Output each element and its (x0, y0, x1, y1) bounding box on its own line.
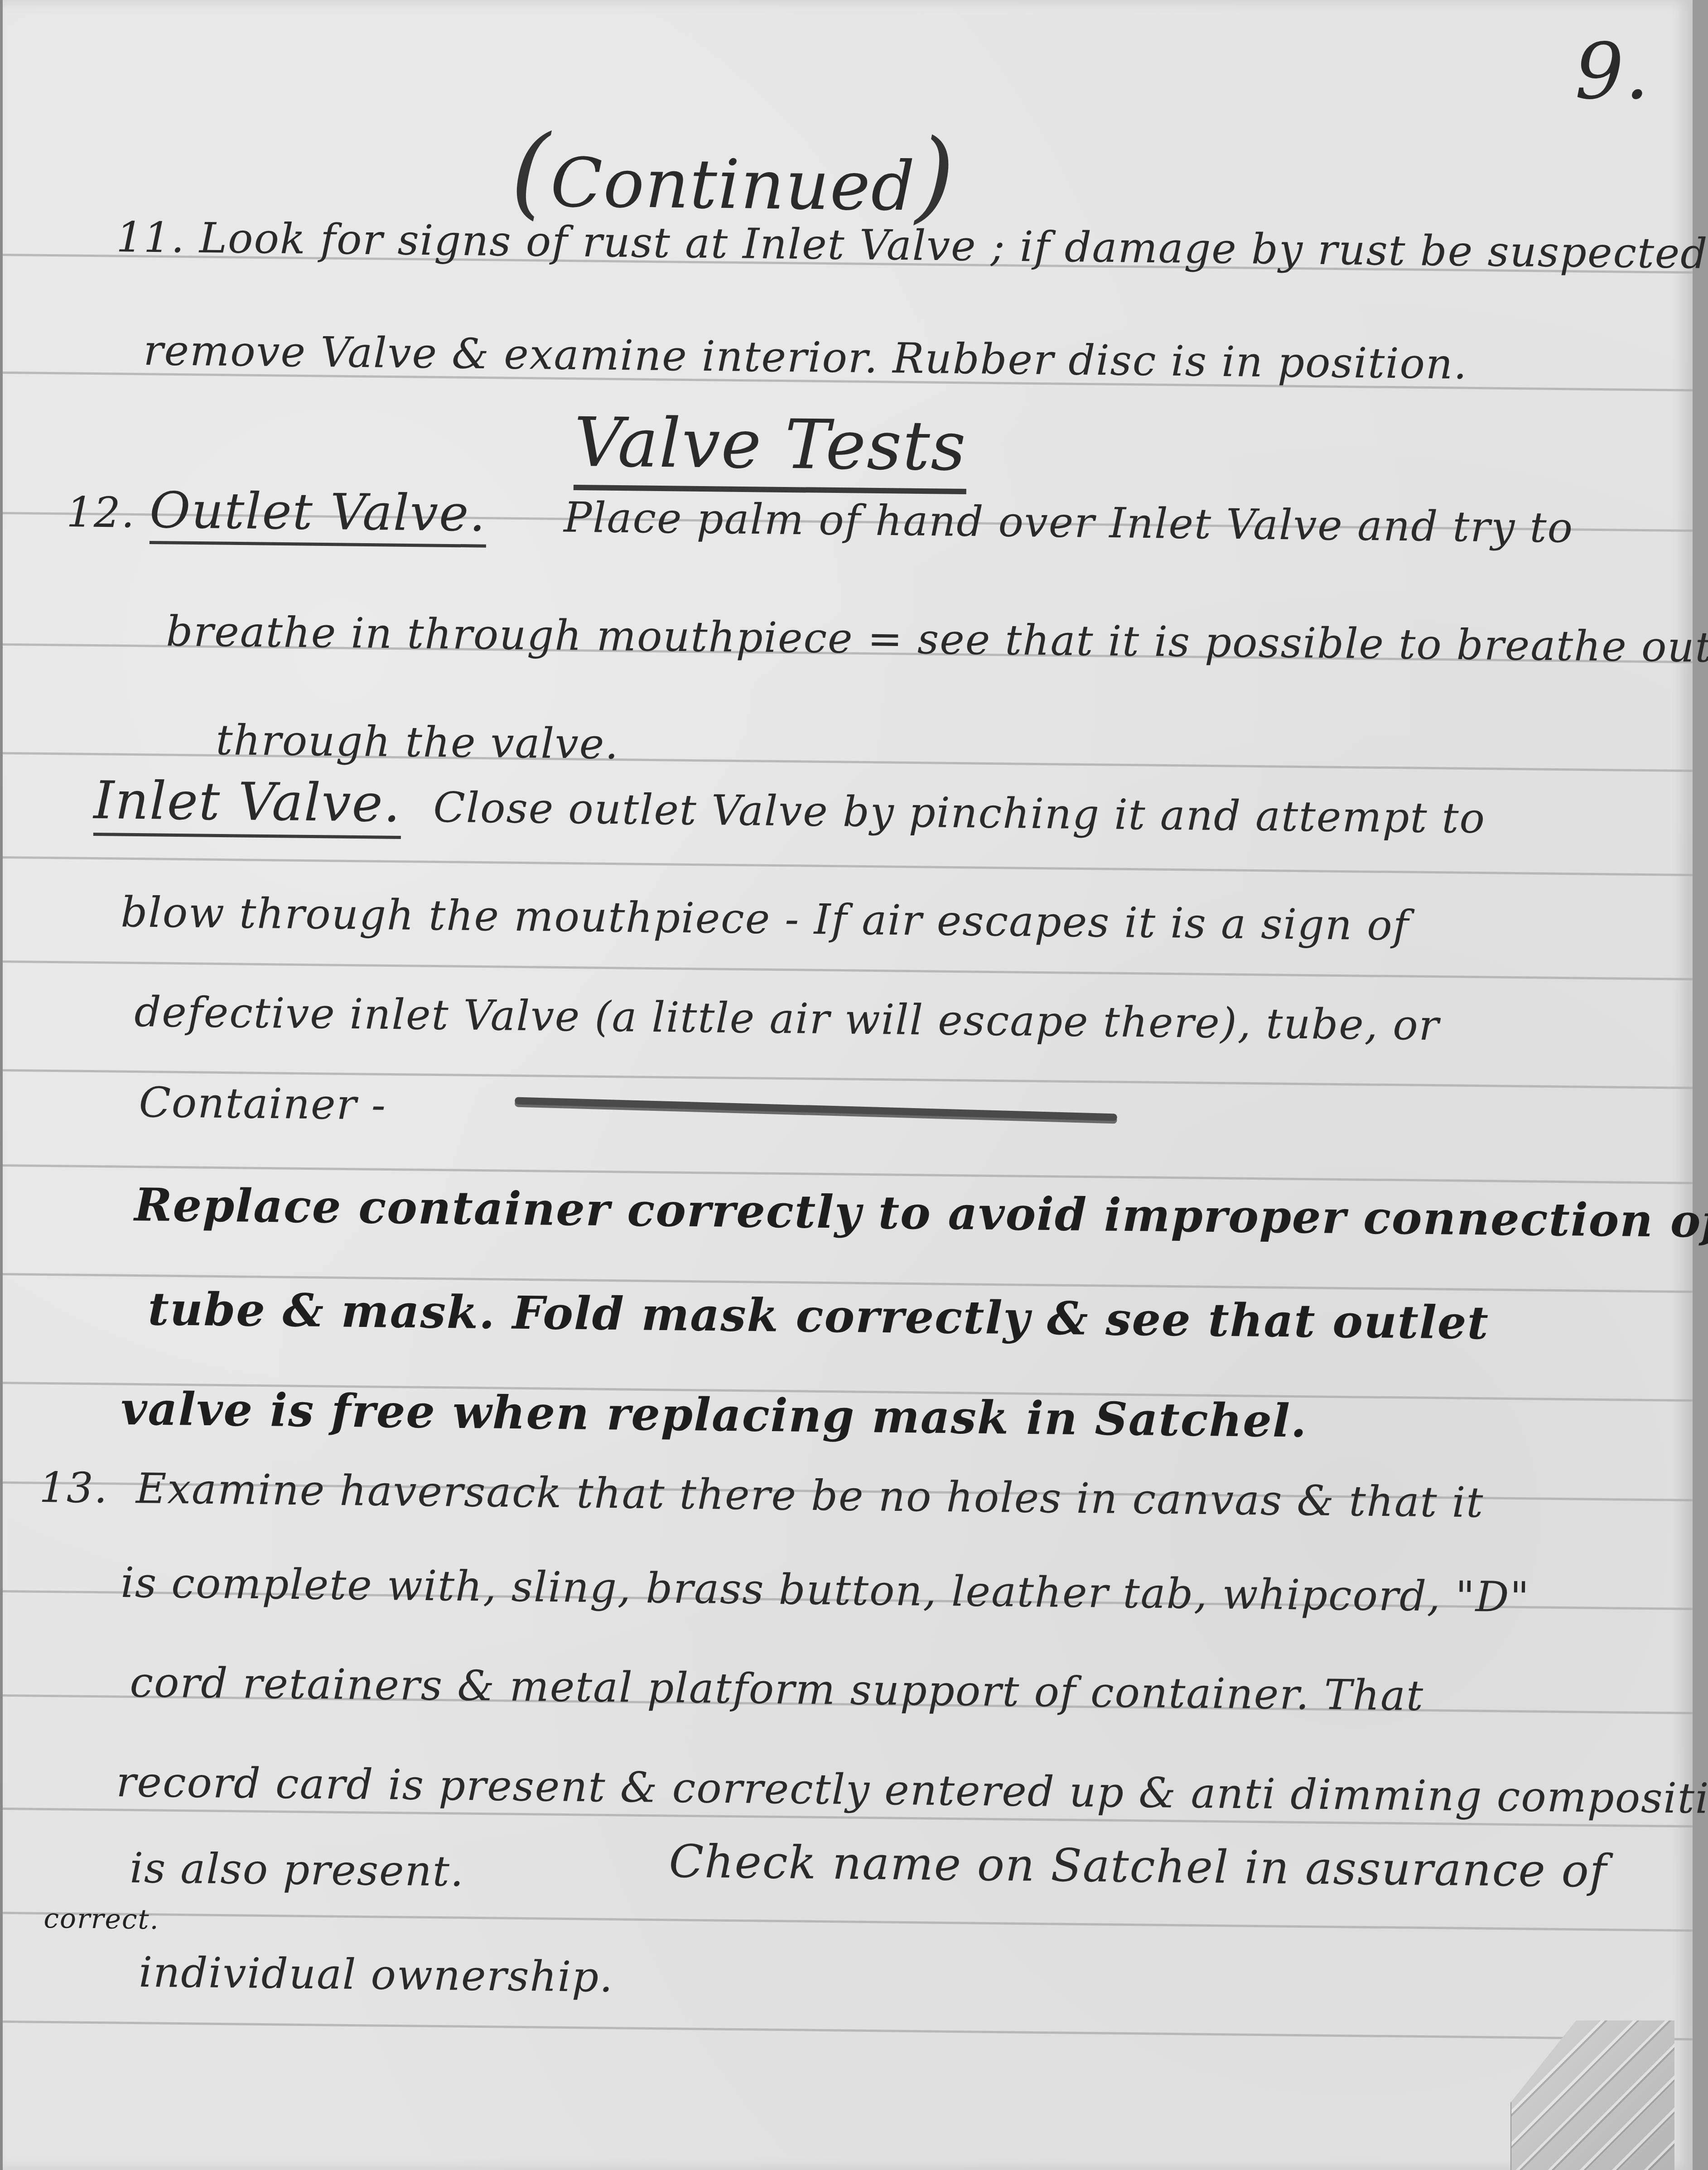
item-13-line-1: 13. Examine haversack that there be no h… (39, 1463, 1484, 1527)
outlet-valve-label: Outlet Valve. (149, 481, 486, 548)
margin-note: correct. (43, 1903, 159, 1936)
open-paren: ( (510, 113, 551, 230)
item-13-line-6: Check name on Satchel in assurance of (669, 1835, 1607, 1898)
item-12-outlet-line-3: through the valve. (216, 716, 619, 768)
ruled-line (3, 2021, 1693, 2040)
item-13-line-4: record card is present & correctly enter… (116, 1758, 1708, 1823)
item-12-inlet-line-1: Inlet Valve. Close outlet Valve by pinch… (93, 770, 1486, 845)
folded-page-corner (1510, 2021, 1674, 2170)
ruled-line (3, 856, 1693, 876)
continued-text: Continued (550, 144, 916, 226)
item-13-line-7: individual ownership. (139, 1948, 614, 2001)
inlet-valve-label: Inlet Valve. (93, 770, 401, 839)
item-number: 12. (66, 488, 135, 537)
item-12-inlet-line-2: blow through the mouthpiece - If air esc… (121, 888, 1409, 950)
replace-line-3: valve is free when replacing mask in Sat… (121, 1382, 1308, 1447)
item-11-line-2: remove Valve & examine interior. Rubber … (143, 326, 1468, 389)
close-paren: ) (915, 117, 956, 234)
section-divider (515, 1097, 1117, 1121)
replace-line-1: Replace container correctly to avoid imp… (134, 1178, 1708, 1248)
item-13-line-3: cord retainers & metal platform support … (130, 1658, 1424, 1720)
replace-line-2: tube & mask. Fold mask correctly & see t… (148, 1282, 1489, 1350)
ruled-line (3, 960, 1693, 980)
section-title: Valve Tests (574, 403, 967, 486)
item-12-inlet-line-3: defective inlet Valve (a little air will… (134, 988, 1440, 1050)
notebook-page: 9. (Continued) 11. Look for signs of rus… (0, 0, 1693, 2170)
item-12-outlet-line-2: breathe in through mouthpiece = see that… (166, 607, 1708, 672)
item-13-line-2: is complete with, sling, brass button, l… (121, 1558, 1530, 1622)
ruled-line (3, 1912, 1693, 1932)
item-number: 13. (39, 1463, 108, 1513)
continued-heading: (Continued) (510, 113, 956, 234)
item-12-outlet-line-1: 12. Outlet Valve. Place palm of hand ove… (66, 480, 1574, 554)
item-12-inlet-line-4: Container - (139, 1078, 386, 1129)
item-11-line-1: 11. Look for signs of rust at Inlet Valv… (116, 213, 1708, 278)
item-number: 11. (116, 213, 185, 262)
item-13-line-5: is also present. (130, 1844, 465, 1896)
page-number: 9. (1575, 27, 1650, 117)
